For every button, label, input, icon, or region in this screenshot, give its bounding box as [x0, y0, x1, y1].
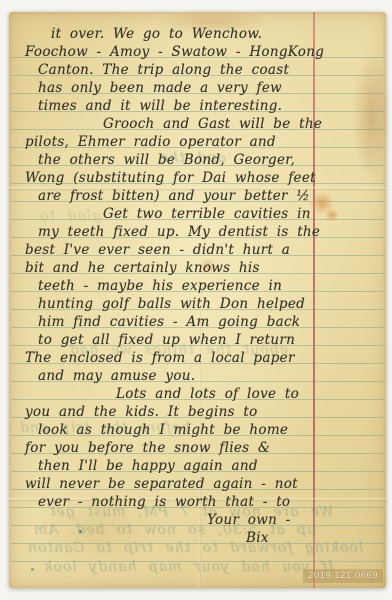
- handwriting-line: to get all fixed up when I return: [38, 331, 382, 349]
- handwriting-line: then I'll be happy again and: [38, 457, 382, 475]
- handwriting-line: him find cavities - Am going back: [38, 313, 382, 331]
- handwriting-line: Foochow - Amoy - Swatow - HongKong: [25, 43, 382, 61]
- catalog-number-label: 2019.121.0669: [303, 569, 383, 583]
- bleedthrough-text: If you had your map handy look: [43, 559, 334, 575]
- handwriting-line: Wong (substituting for Dai whose feet: [25, 169, 382, 187]
- handwriting-line: the others will be Bond, Georger,: [38, 151, 382, 169]
- handwriting-line: my teeth fixed up. My dentist is the: [38, 223, 382, 241]
- ink-speck: [31, 568, 34, 571]
- handwriting-line: Bix: [246, 529, 382, 547]
- handwriting-line: you and the kids. It begins to: [25, 403, 382, 421]
- handwriting-line: look as though I might be home: [38, 421, 382, 439]
- handwriting-line: pilots, Ehmer radio operator and: [25, 133, 382, 151]
- handwriting-line: The enclosed is from a local paper: [25, 349, 382, 367]
- handwriting-line: Grooch and Gast will be the: [103, 115, 382, 133]
- handwriting-line: bit and he certainly knows his: [25, 259, 382, 277]
- handwriting-lines: it over. We go to Wenchow.Foochow - Amoy…: [25, 25, 382, 547]
- handwriting-line: for you before the snow flies &: [25, 439, 382, 457]
- handwriting-line: hunting golf balls with Don helped: [38, 295, 382, 313]
- handwriting-line: Canton. The trip along the coast: [38, 61, 382, 79]
- handwriting-line: will never be separated again - not: [25, 475, 382, 493]
- letter-page: and theglad toabout the things we hadbef…: [9, 12, 386, 588]
- handwriting-line: Your own -: [207, 511, 382, 529]
- handwriting-line: it over. We go to Wenchow.: [51, 25, 382, 43]
- handwriting-line: times and it will be interesting.: [38, 97, 382, 115]
- handwriting-line: and may amuse you.: [38, 367, 382, 385]
- handwriting-line: ever - nothing is worth that - to: [38, 493, 382, 511]
- handwriting-line: has only been made a very few: [38, 79, 382, 97]
- handwriting-line: Get two terrible cavities in: [103, 205, 382, 223]
- handwriting-line: best I've ever seen - didn't hurt a: [25, 241, 382, 259]
- handwriting-line: are frost bitten) and your better ½: [38, 187, 382, 205]
- handwriting-line: teeth - maybe his experience in: [38, 277, 382, 295]
- handwriting-line: Lots and lots of love to: [116, 385, 382, 403]
